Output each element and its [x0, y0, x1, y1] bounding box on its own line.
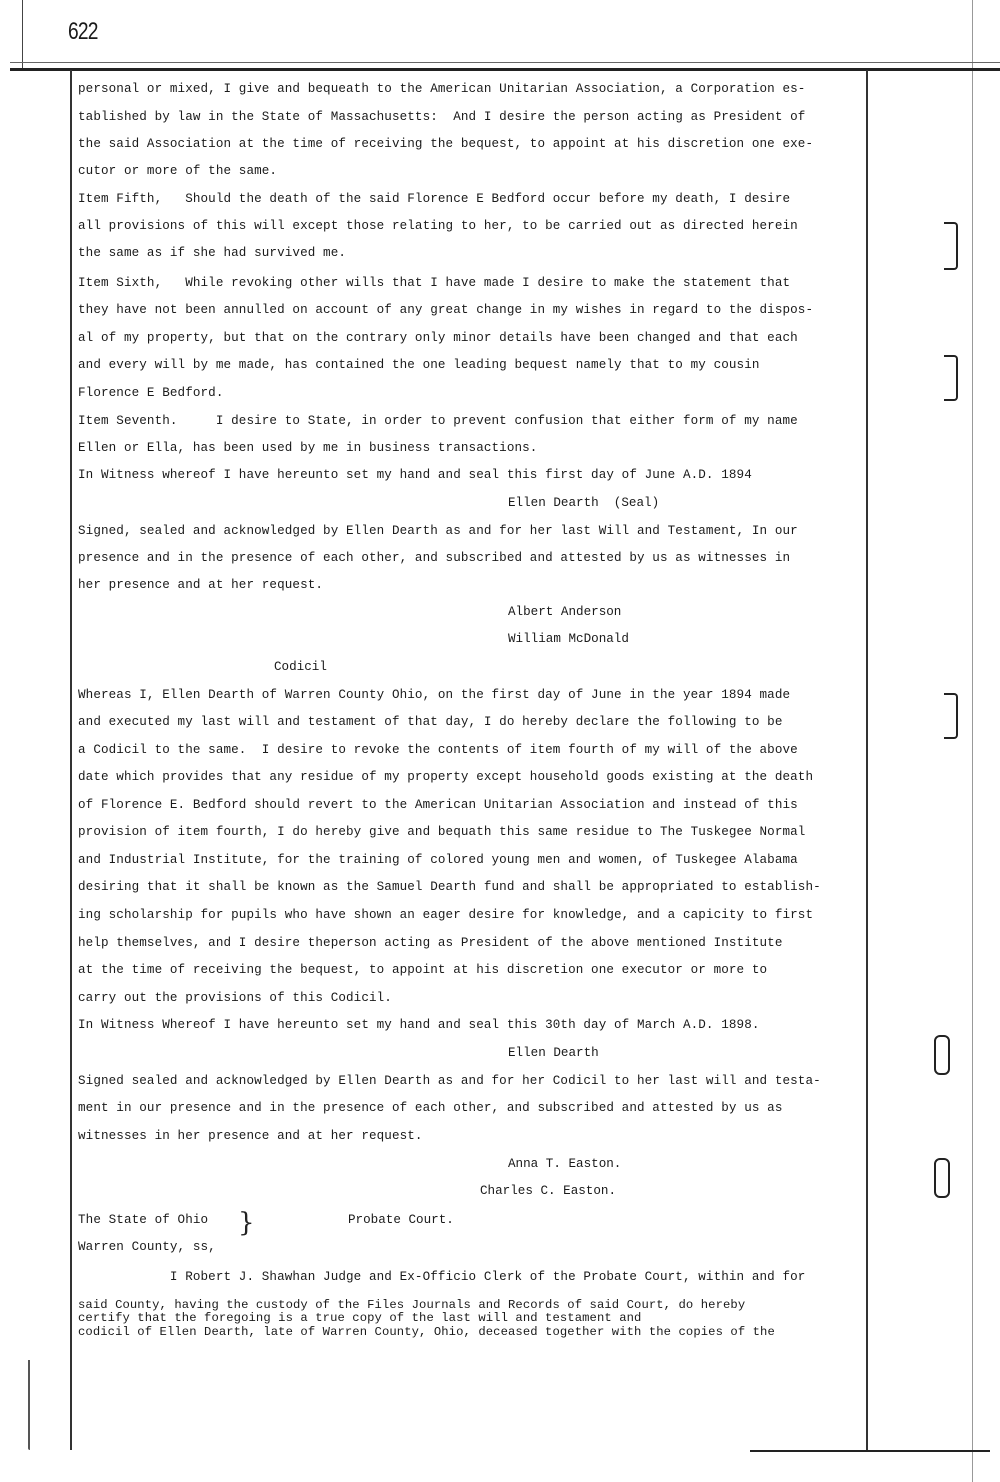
codicil-line: desiring that it shall be known as the S…	[78, 880, 821, 894]
binder-bracket-icon	[934, 1035, 950, 1075]
attestation-line: presence and in the presence of each oth…	[78, 551, 790, 565]
codicil-line: carry out the provisions of this Codicil…	[78, 991, 392, 1005]
codicil-line: provision of item fourth, I do hereby gi…	[78, 825, 805, 839]
will-witness-clause: In Witness whereof I have hereunto set m…	[78, 468, 752, 482]
codicil-signature: Ellen Dearth	[508, 1046, 599, 1060]
header-rule-thick	[10, 68, 1000, 71]
right-margin-line	[972, 0, 973, 1482]
codicil-line: date which provides that any residue of …	[78, 770, 813, 784]
venue-brace-icon: }	[238, 1208, 255, 1238]
certificate-line: codicil of Ellen Dearth, late of Warren …	[78, 1325, 775, 1339]
item-seventh: Item Seventh. I desire to State, in orde…	[78, 414, 798, 428]
text-frame-right	[866, 70, 868, 1450]
binder-bracket-icon	[934, 1158, 950, 1198]
witness-name: Albert Anderson	[508, 605, 621, 619]
codicil-witness-name: Charles C. Easton.	[480, 1184, 616, 1198]
will-line: they have not been annulled on account o…	[78, 303, 813, 317]
codicil-line: a Codicil to the same. I desire to revok…	[78, 743, 798, 757]
will-line: Florence E Bedford.	[78, 386, 224, 400]
footer-rule	[750, 1450, 990, 1452]
codicil-attestation-line: Signed sealed and acknowledged by Ellen …	[78, 1074, 821, 1088]
binder-bracket-icon	[944, 693, 958, 739]
venue-state: The State of Ohio	[78, 1213, 208, 1227]
will-line: cutor or more of the same.	[78, 164, 277, 178]
text-frame-left	[70, 70, 72, 1450]
codicil-line: help themselves, and I desire theperson …	[78, 936, 783, 950]
page-edge-line	[22, 0, 23, 70]
codicil-line: ing scholarship for pupils who have show…	[78, 908, 813, 922]
binder-bracket-icon	[944, 222, 958, 270]
codicil-line: of Florence E. Bedford should revert to …	[78, 798, 798, 812]
codicil-line: at the time of receiving the bequest, to…	[78, 963, 767, 977]
certificate-line: said County, having the custody of the F…	[78, 1298, 745, 1312]
will-line: al of my property, but that on the contr…	[78, 331, 798, 345]
codicil-attestation-line: witnesses in her presence and at her req…	[78, 1129, 423, 1143]
page-edge-curve	[28, 1360, 30, 1450]
binder-bracket-icon	[944, 355, 958, 401]
codicil-witness-clause: In Witness Whereof I have hereunto set m…	[78, 1018, 760, 1032]
header-rule-thin	[10, 62, 1000, 63]
will-line: and every will by me made, has contained…	[78, 358, 760, 372]
will-line: personal or mixed, I give and bequeath t…	[78, 82, 805, 96]
venue-county: Warren County, ss,	[78, 1240, 216, 1254]
will-line: Ellen or Ella, has been used by me in bu…	[78, 441, 537, 455]
item-fifth: Item Fifth, Should the death of the said…	[78, 192, 790, 206]
court-name: Probate Court.	[348, 1213, 454, 1227]
attestation-line: her presence and at her request.	[78, 578, 323, 592]
certificate-line: I Robert J. Shawhan Judge and Ex-Officio…	[78, 1270, 805, 1284]
codicil-witness-name: Anna T. Easton.	[508, 1157, 621, 1171]
item-sixth: Item Sixth, While revoking other wills t…	[78, 276, 790, 290]
will-line: tablished by law in the State of Massach…	[78, 110, 805, 124]
witness-name: William McDonald	[508, 632, 629, 646]
codicil-line: and executed my last will and testament …	[78, 715, 783, 729]
codicil-line: and Industrial Institute, for the traini…	[78, 853, 798, 867]
certificate-line: certify that the foregoing is a true cop…	[78, 1311, 641, 1325]
will-line: the same as if she had survived me.	[78, 246, 346, 260]
will-line: the said Association at the time of rece…	[78, 137, 813, 151]
codicil-attestation-line: ment in our presence and in the presence…	[78, 1101, 783, 1115]
codicil-line: Whereas I, Ellen Dearth of Warren County…	[78, 688, 790, 702]
codicil-heading: Codicil	[274, 660, 327, 674]
page-number: 622	[68, 18, 98, 46]
testator-signature: Ellen Dearth (Seal)	[508, 496, 659, 510]
attestation-line: Signed, sealed and acknowledged by Ellen…	[78, 524, 798, 538]
will-line: all provisions of this will except those…	[78, 219, 798, 233]
